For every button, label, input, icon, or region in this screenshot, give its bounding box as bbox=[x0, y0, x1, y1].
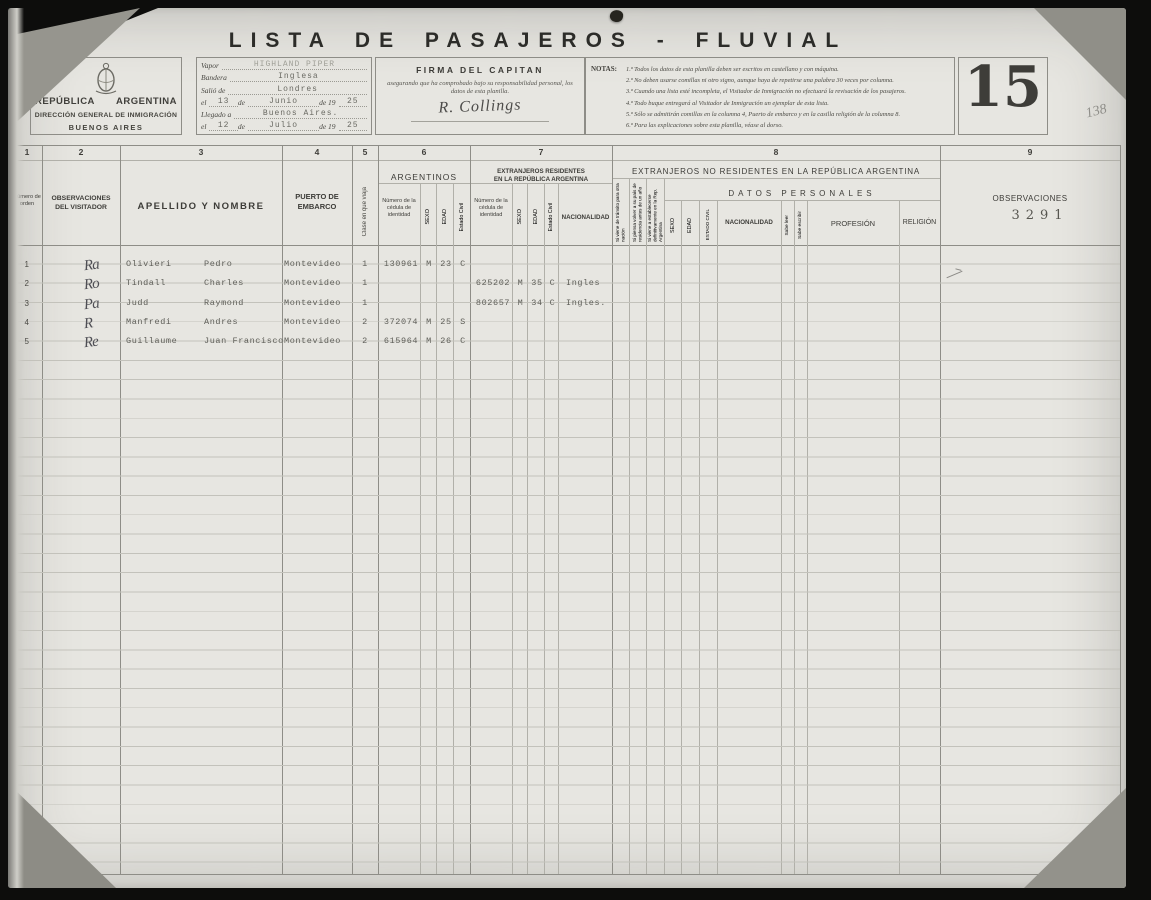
nota-item: 6.ª Para las explicaciones sobre esta pl… bbox=[626, 120, 950, 131]
embark-port: Montevideo bbox=[284, 255, 350, 274]
col-number: 7 bbox=[470, 147, 612, 157]
arg-cedula: 615964 bbox=[379, 332, 423, 351]
grid-rule bbox=[12, 145, 1120, 146]
ext-cedula: 625202 bbox=[471, 274, 515, 293]
surname: Olivieri bbox=[126, 255, 204, 274]
arrival-day: 12 bbox=[209, 121, 237, 131]
ext-sexo bbox=[512, 255, 529, 274]
header-sabe-escribir: Sabe escribir bbox=[798, 211, 803, 239]
ext-nacionalidad: Ingles. bbox=[563, 294, 618, 313]
given-name: Pedro bbox=[204, 255, 284, 274]
travel-class: 1 bbox=[352, 294, 378, 313]
embark-port: Montevideo bbox=[284, 294, 350, 313]
embark-port: Montevideo bbox=[284, 274, 350, 293]
passenger-row: 2 Ro Tindall Charles Montevideo 1 625202… bbox=[12, 274, 1120, 293]
argentina-coat-of-arms-icon bbox=[93, 61, 119, 100]
header-volver: Si piensa volver a su país de residencia… bbox=[632, 182, 643, 242]
arg-cedula bbox=[379, 274, 423, 293]
margin-folio-note: 138 bbox=[1084, 102, 1108, 123]
travel-class: 1 bbox=[352, 274, 378, 293]
arg-sexo bbox=[420, 274, 438, 293]
visitador-mark: Re bbox=[83, 330, 123, 354]
agency-city: BUENOS AIRES bbox=[31, 123, 181, 132]
page-title: LISTA DE PASAJEROS - FLUVIAL bbox=[178, 29, 898, 53]
arg-estado bbox=[454, 294, 472, 313]
given-name: Andres bbox=[204, 313, 284, 332]
ext-nacionalidad bbox=[563, 332, 618, 351]
header-nacionalidad-nores: NACIONALIDAD bbox=[717, 219, 781, 226]
embark-port: Montevideo bbox=[284, 313, 350, 332]
surname: Judd bbox=[126, 294, 204, 313]
ext-edad: 34 bbox=[528, 294, 546, 313]
ext-sexo bbox=[512, 332, 529, 351]
given-name: Raymond bbox=[204, 294, 284, 313]
arg-edad: 25 bbox=[437, 313, 455, 332]
arrival-port-row: Llegado a Buenos Aires. bbox=[197, 107, 371, 119]
header-religion: RELIGIÓN bbox=[899, 219, 940, 226]
header-sexo-extres: SEXO bbox=[517, 209, 523, 225]
register-sheet: LISTA DE PASAJEROS - FLUVIAL REPÚBLICA A… bbox=[8, 8, 1126, 888]
fly-speck bbox=[609, 9, 625, 24]
header-cedula-extres: Número de la cédula de identidad bbox=[472, 198, 510, 220]
ext-edad bbox=[528, 332, 546, 351]
arrival-date-row: el 12 de Julio de 19 25 bbox=[197, 119, 371, 131]
header-sabe-leer: Sabe leer bbox=[785, 215, 790, 236]
nota-item: 4.ª Todo buque entregará al Visitador de… bbox=[626, 98, 950, 109]
header-estado-civil-nores: ESTADO CIVIL bbox=[705, 209, 710, 240]
surname: Manfredi bbox=[126, 313, 204, 332]
header-ext-res-line2: EN LA REPÚBLICA ARGENTINA bbox=[470, 176, 612, 183]
passenger-row: 5 Re Guillaume Juan Francisco Montevideo… bbox=[12, 332, 1120, 351]
grid-rule bbox=[378, 183, 612, 184]
ext-estado bbox=[545, 332, 560, 351]
arg-sexo: M bbox=[420, 255, 438, 274]
arrival-month: Julio bbox=[248, 121, 319, 131]
header-ext-res-line1: EXTRANJEROS RESIDENTES bbox=[470, 168, 612, 175]
captain-statement: asegurando que ha comprobado bajo su res… bbox=[386, 80, 574, 96]
de-label-2: de bbox=[238, 122, 248, 131]
de19-label: de 19 bbox=[319, 98, 338, 107]
agency-country-left: REPÚBLICA bbox=[35, 96, 95, 107]
captain-box: FIRMA DEL CAPITAN asegurando que ha comp… bbox=[375, 57, 585, 135]
ext-estado bbox=[545, 313, 560, 332]
departure-port-row: Salió de Londres bbox=[197, 82, 371, 94]
col-number: 9 bbox=[940, 147, 1120, 157]
departure-day: 13 bbox=[209, 97, 237, 107]
ext-estado: C bbox=[545, 294, 560, 313]
header-sexo-arg: SEXO bbox=[425, 209, 431, 225]
header-profesion: PROFESIÓN bbox=[807, 219, 899, 228]
given-name: Juan Francisco bbox=[204, 332, 284, 351]
arg-estado bbox=[454, 274, 472, 293]
ext-sexo bbox=[512, 313, 529, 332]
ext-cedula: 802657 bbox=[471, 294, 515, 313]
header-cedula-arg: Número de la cédula de identidad bbox=[380, 198, 418, 220]
ext-edad: 35 bbox=[528, 274, 546, 293]
salio-value: Londres bbox=[228, 85, 367, 95]
travel-class: 2 bbox=[352, 313, 378, 332]
llegado-value: Buenos Aires. bbox=[234, 109, 367, 119]
vapor-label: Vapor bbox=[201, 61, 222, 70]
header-argentinos: ARGENTINOS bbox=[378, 172, 470, 182]
header-puerto: PUERTO DE EMBARCO bbox=[290, 192, 344, 212]
arg-sexo bbox=[420, 294, 438, 313]
passenger-row: 4 R Manfredi Andres Montevideo 2 372074 … bbox=[12, 313, 1120, 332]
passenger-row: 3 Pa Judd Raymond Montevideo 1 802657 M … bbox=[12, 294, 1120, 313]
nota-item: 1.ª Todos los datos de esta planilla deb… bbox=[626, 64, 950, 75]
header-transito: Si viene de tránsito para otra nación bbox=[615, 182, 626, 242]
sheet-number-box: 15 bbox=[958, 57, 1048, 135]
ext-sexo: M bbox=[512, 274, 529, 293]
bandera-label: Bandera bbox=[201, 73, 230, 82]
arg-cedula: 130961 bbox=[379, 255, 423, 274]
bandera-value: Inglesa bbox=[230, 72, 367, 82]
arg-estado: C bbox=[454, 332, 472, 351]
header-establecerse: Si viene a establecerse definitivamente … bbox=[647, 182, 663, 242]
travel-class: 2 bbox=[352, 332, 378, 351]
departure-date-row: el 13 de Junio de 19 25 bbox=[197, 95, 371, 107]
header-edad-arg: EDAD bbox=[442, 209, 448, 225]
header-sexo-nores: SEXO bbox=[670, 218, 676, 233]
departure-year: 25 bbox=[339, 97, 367, 107]
ext-cedula bbox=[471, 255, 515, 274]
arg-cedula: 372074 bbox=[379, 313, 423, 332]
notas-list: 1.ª Todos los datos de esta planilla deb… bbox=[626, 64, 950, 131]
el-label: el bbox=[201, 98, 209, 107]
arg-estado: S bbox=[454, 313, 472, 332]
header-apellido-nombre: APELLIDO Y NOMBRE bbox=[120, 201, 282, 212]
agency-country-right: ARGENTINA bbox=[116, 96, 177, 107]
col-number: 3 bbox=[120, 147, 282, 157]
signature-line bbox=[411, 121, 549, 122]
departure-month: Junio bbox=[248, 97, 319, 107]
header-edad-nores: EDAD bbox=[687, 218, 693, 233]
grid-rule bbox=[1120, 145, 1121, 874]
arg-edad: 23 bbox=[437, 255, 455, 274]
arrival-year: 25 bbox=[339, 121, 367, 131]
captain-title: FIRMA DEL CAPITAN bbox=[376, 65, 584, 75]
vessel-box: Vapor HIGHLAND PIPER Bandera Inglesa Sal… bbox=[196, 57, 372, 135]
arg-edad bbox=[437, 294, 455, 313]
ext-edad bbox=[528, 255, 546, 274]
photographed-register-page: { "photo": { "page_number": "15", "margi… bbox=[0, 0, 1151, 900]
col-number: 4 bbox=[282, 147, 352, 157]
header-clase-vertical: Clase en que viaja bbox=[362, 187, 368, 236]
grid-rule bbox=[12, 160, 1120, 161]
flag-row: Bandera Inglesa bbox=[197, 70, 371, 82]
ext-estado: C bbox=[545, 274, 560, 293]
captain-signature: R. Collings bbox=[376, 94, 585, 119]
ext-cedula bbox=[471, 313, 515, 332]
header-estado-extres: Estado Civil bbox=[548, 203, 554, 231]
grid-rule bbox=[12, 874, 1120, 875]
passenger-row: 1 Ra Olivieri Pedro Montevideo 1 130961 … bbox=[12, 255, 1120, 274]
llegado-label: Llegado a bbox=[201, 110, 234, 119]
col-number: 8 bbox=[612, 147, 940, 157]
ext-cedula bbox=[471, 332, 515, 351]
header-visitador: OBSERVACIONES DEL VISITADOR bbox=[44, 194, 118, 212]
grid-rule bbox=[612, 178, 940, 179]
header-ext-nores: EXTRANJEROS NO RESIDENTES EN LA REPÚBLIC… bbox=[612, 167, 940, 176]
surname: Tindall bbox=[126, 274, 204, 293]
registry-stamp: 3291 bbox=[960, 208, 1120, 223]
arg-edad bbox=[437, 274, 455, 293]
salio-label: Salió de bbox=[201, 86, 228, 95]
nota-item: 3.ª Cuando una lista esté incompleta, el… bbox=[626, 86, 950, 97]
arg-sexo: M bbox=[420, 313, 438, 332]
col-number: 2 bbox=[42, 147, 120, 157]
ext-sexo: M bbox=[512, 294, 529, 313]
nota-item: 2.ª No deben usarse comillas ni otro sig… bbox=[626, 75, 950, 86]
arg-estado: C bbox=[454, 255, 472, 274]
ext-nacionalidad bbox=[563, 255, 618, 274]
col-number: 6 bbox=[378, 147, 470, 157]
agency-department: DIRECCIÓN GENERAL DE INMIGRACIÓN bbox=[31, 112, 181, 119]
ext-estado bbox=[545, 255, 560, 274]
notes-box: NOTAS: 1.ª Todos los datos de esta plani… bbox=[585, 57, 955, 135]
arg-sexo: M bbox=[420, 332, 438, 351]
ext-nacionalidad bbox=[563, 313, 618, 332]
agency-box: REPÚBLICA ARGENTINA DIRECCIÓN GENERAL DE… bbox=[30, 57, 182, 135]
notas-label: NOTAS: bbox=[591, 65, 617, 73]
arg-cedula bbox=[379, 294, 423, 313]
travel-class: 1 bbox=[352, 255, 378, 274]
given-name: Charles bbox=[204, 274, 284, 293]
el-label-2: el bbox=[201, 122, 209, 131]
arg-edad: 26 bbox=[437, 332, 455, 351]
embark-port: Montevideo bbox=[284, 332, 350, 351]
header-datos-personales: DATOS PERSONALES bbox=[664, 189, 940, 198]
de-label: de bbox=[238, 98, 248, 107]
col-number: 5 bbox=[352, 147, 378, 157]
header-estado-arg: Estado Civil bbox=[459, 203, 465, 231]
de19-label-2: de 19 bbox=[319, 122, 338, 131]
header-edad-extres: EDAD bbox=[533, 209, 539, 225]
nota-item: 5.ª Sólo se admitirán comillas en la col… bbox=[626, 109, 950, 120]
vessel-name-row: Vapor HIGHLAND PIPER bbox=[197, 58, 371, 70]
ext-edad bbox=[528, 313, 546, 332]
header-observaciones: OBSERVACIONES bbox=[940, 194, 1120, 203]
header-nacionalidad-extres: NACIONALIDAD bbox=[559, 214, 612, 221]
surname: Guillaume bbox=[126, 332, 204, 351]
ext-nacionalidad: Ingles bbox=[563, 274, 618, 293]
vapor-value: HIGHLAND PIPER bbox=[222, 60, 367, 70]
page-binding-edge bbox=[8, 8, 24, 888]
sheet-number: 15 bbox=[959, 54, 1047, 120]
